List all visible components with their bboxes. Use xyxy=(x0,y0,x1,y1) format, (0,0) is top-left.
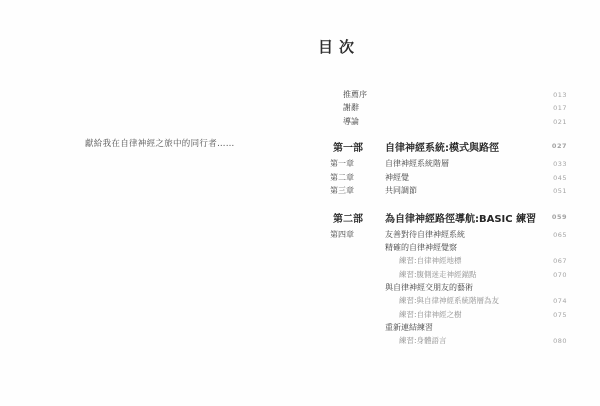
toc-row: 導論 021 xyxy=(318,116,567,129)
dedication-text: 獻給我在自律神經之旅中的同行者…… xyxy=(85,137,235,149)
toc-title: 目次 xyxy=(318,36,360,57)
toc-page-number: 059 xyxy=(552,213,567,221)
toc-page-number: 074 xyxy=(553,297,567,305)
toc-row-title: 練習:自律神經地標 xyxy=(399,255,462,266)
toc-row: 第二章 神經覺 045 xyxy=(318,172,567,185)
toc-row-title: 與自律神經交朋友的藝術 xyxy=(385,282,473,293)
toc-row: 練習:自律神經地標 067 xyxy=(318,255,567,268)
toc-row-title: 神經覺 xyxy=(385,172,409,183)
toc-row-title: 友善對待自律神經系統 xyxy=(385,229,465,240)
toc-row-title: 重新連結練習 xyxy=(385,322,433,333)
toc-row-title: 自律神經系統:模式與路徑 xyxy=(385,139,499,154)
toc-page-number: 027 xyxy=(552,142,567,150)
toc-page-number: 021 xyxy=(553,118,567,126)
toc-row-label: 推薦序 xyxy=(343,89,367,100)
toc-page-number: 065 xyxy=(553,231,567,239)
toc-row-title: 練習:身體語言 xyxy=(399,335,447,346)
toc-page-number: 080 xyxy=(553,337,567,345)
toc-row-title: 練習:與自律神經系統階層為友 xyxy=(399,295,499,306)
toc-row: 練習:自律神經之樹 075 xyxy=(318,309,567,322)
toc-row-label: 第一部 xyxy=(333,139,363,154)
toc-row-label: 第二部 xyxy=(333,210,363,225)
toc-page-number: 067 xyxy=(553,257,567,265)
toc-row: 第四章 友善對待自律神經系統 065 xyxy=(318,229,567,242)
toc-row: 重新連結練習 xyxy=(318,322,567,335)
toc-row: 第二部 為自律神經路徑導航:BASIC 練習 059 xyxy=(318,210,567,223)
toc-page-number: 033 xyxy=(553,160,567,168)
toc-row-title: 練習:腹側迷走神經錨點 xyxy=(399,269,477,280)
toc-row: 第一部 自律神經系統:模式與路徑 027 xyxy=(318,139,567,152)
toc-row-label: 第四章 xyxy=(330,229,354,240)
toc-row-title: 為自律神經路徑導航:BASIC 練習 xyxy=(385,210,536,225)
toc-row-title: 練習:自律神經之樹 xyxy=(399,309,462,320)
toc-row-label: 第三章 xyxy=(330,185,354,196)
toc-row: 與自律神經交朋友的藝術 xyxy=(318,282,567,295)
toc-row: 精確的自律神經覺察 xyxy=(318,242,567,255)
toc-page-number: 013 xyxy=(553,91,567,99)
toc-row-title: 精確的自律神經覺察 xyxy=(385,242,457,253)
toc-row: 練習:身體語言 080 xyxy=(318,335,567,348)
toc-row: 第一章 自律神經系統階層 033 xyxy=(318,158,567,171)
toc-page-number: 017 xyxy=(553,104,567,112)
toc-row-title: 自律神經系統階層 xyxy=(385,158,449,169)
toc-row: 推薦序 013 xyxy=(318,89,567,102)
toc-page-number: 045 xyxy=(553,174,567,182)
toc-page-number: 075 xyxy=(553,311,567,319)
toc-row: 第三章 共同調節 051 xyxy=(318,185,567,198)
toc-row-label: 第一章 xyxy=(330,158,354,169)
toc-row-label: 導論 xyxy=(343,116,359,127)
toc-row-label: 謝辭 xyxy=(343,102,359,113)
toc-row-title: 共同調節 xyxy=(385,185,417,196)
toc-page-number: 070 xyxy=(553,271,567,279)
toc-row: 練習:腹側迷走神經錨點 070 xyxy=(318,269,567,282)
toc-page-number: 051 xyxy=(553,187,567,195)
toc-row: 練習:與自律神經系統階層為友 074 xyxy=(318,295,567,308)
toc-row: 謝辭 017 xyxy=(318,102,567,115)
book-spread: 獻給我在自律神經之旅中的同行者…… 目次 推薦序 013 謝辭 017 導論 0… xyxy=(0,0,600,406)
toc-row-label: 第二章 xyxy=(330,172,354,183)
